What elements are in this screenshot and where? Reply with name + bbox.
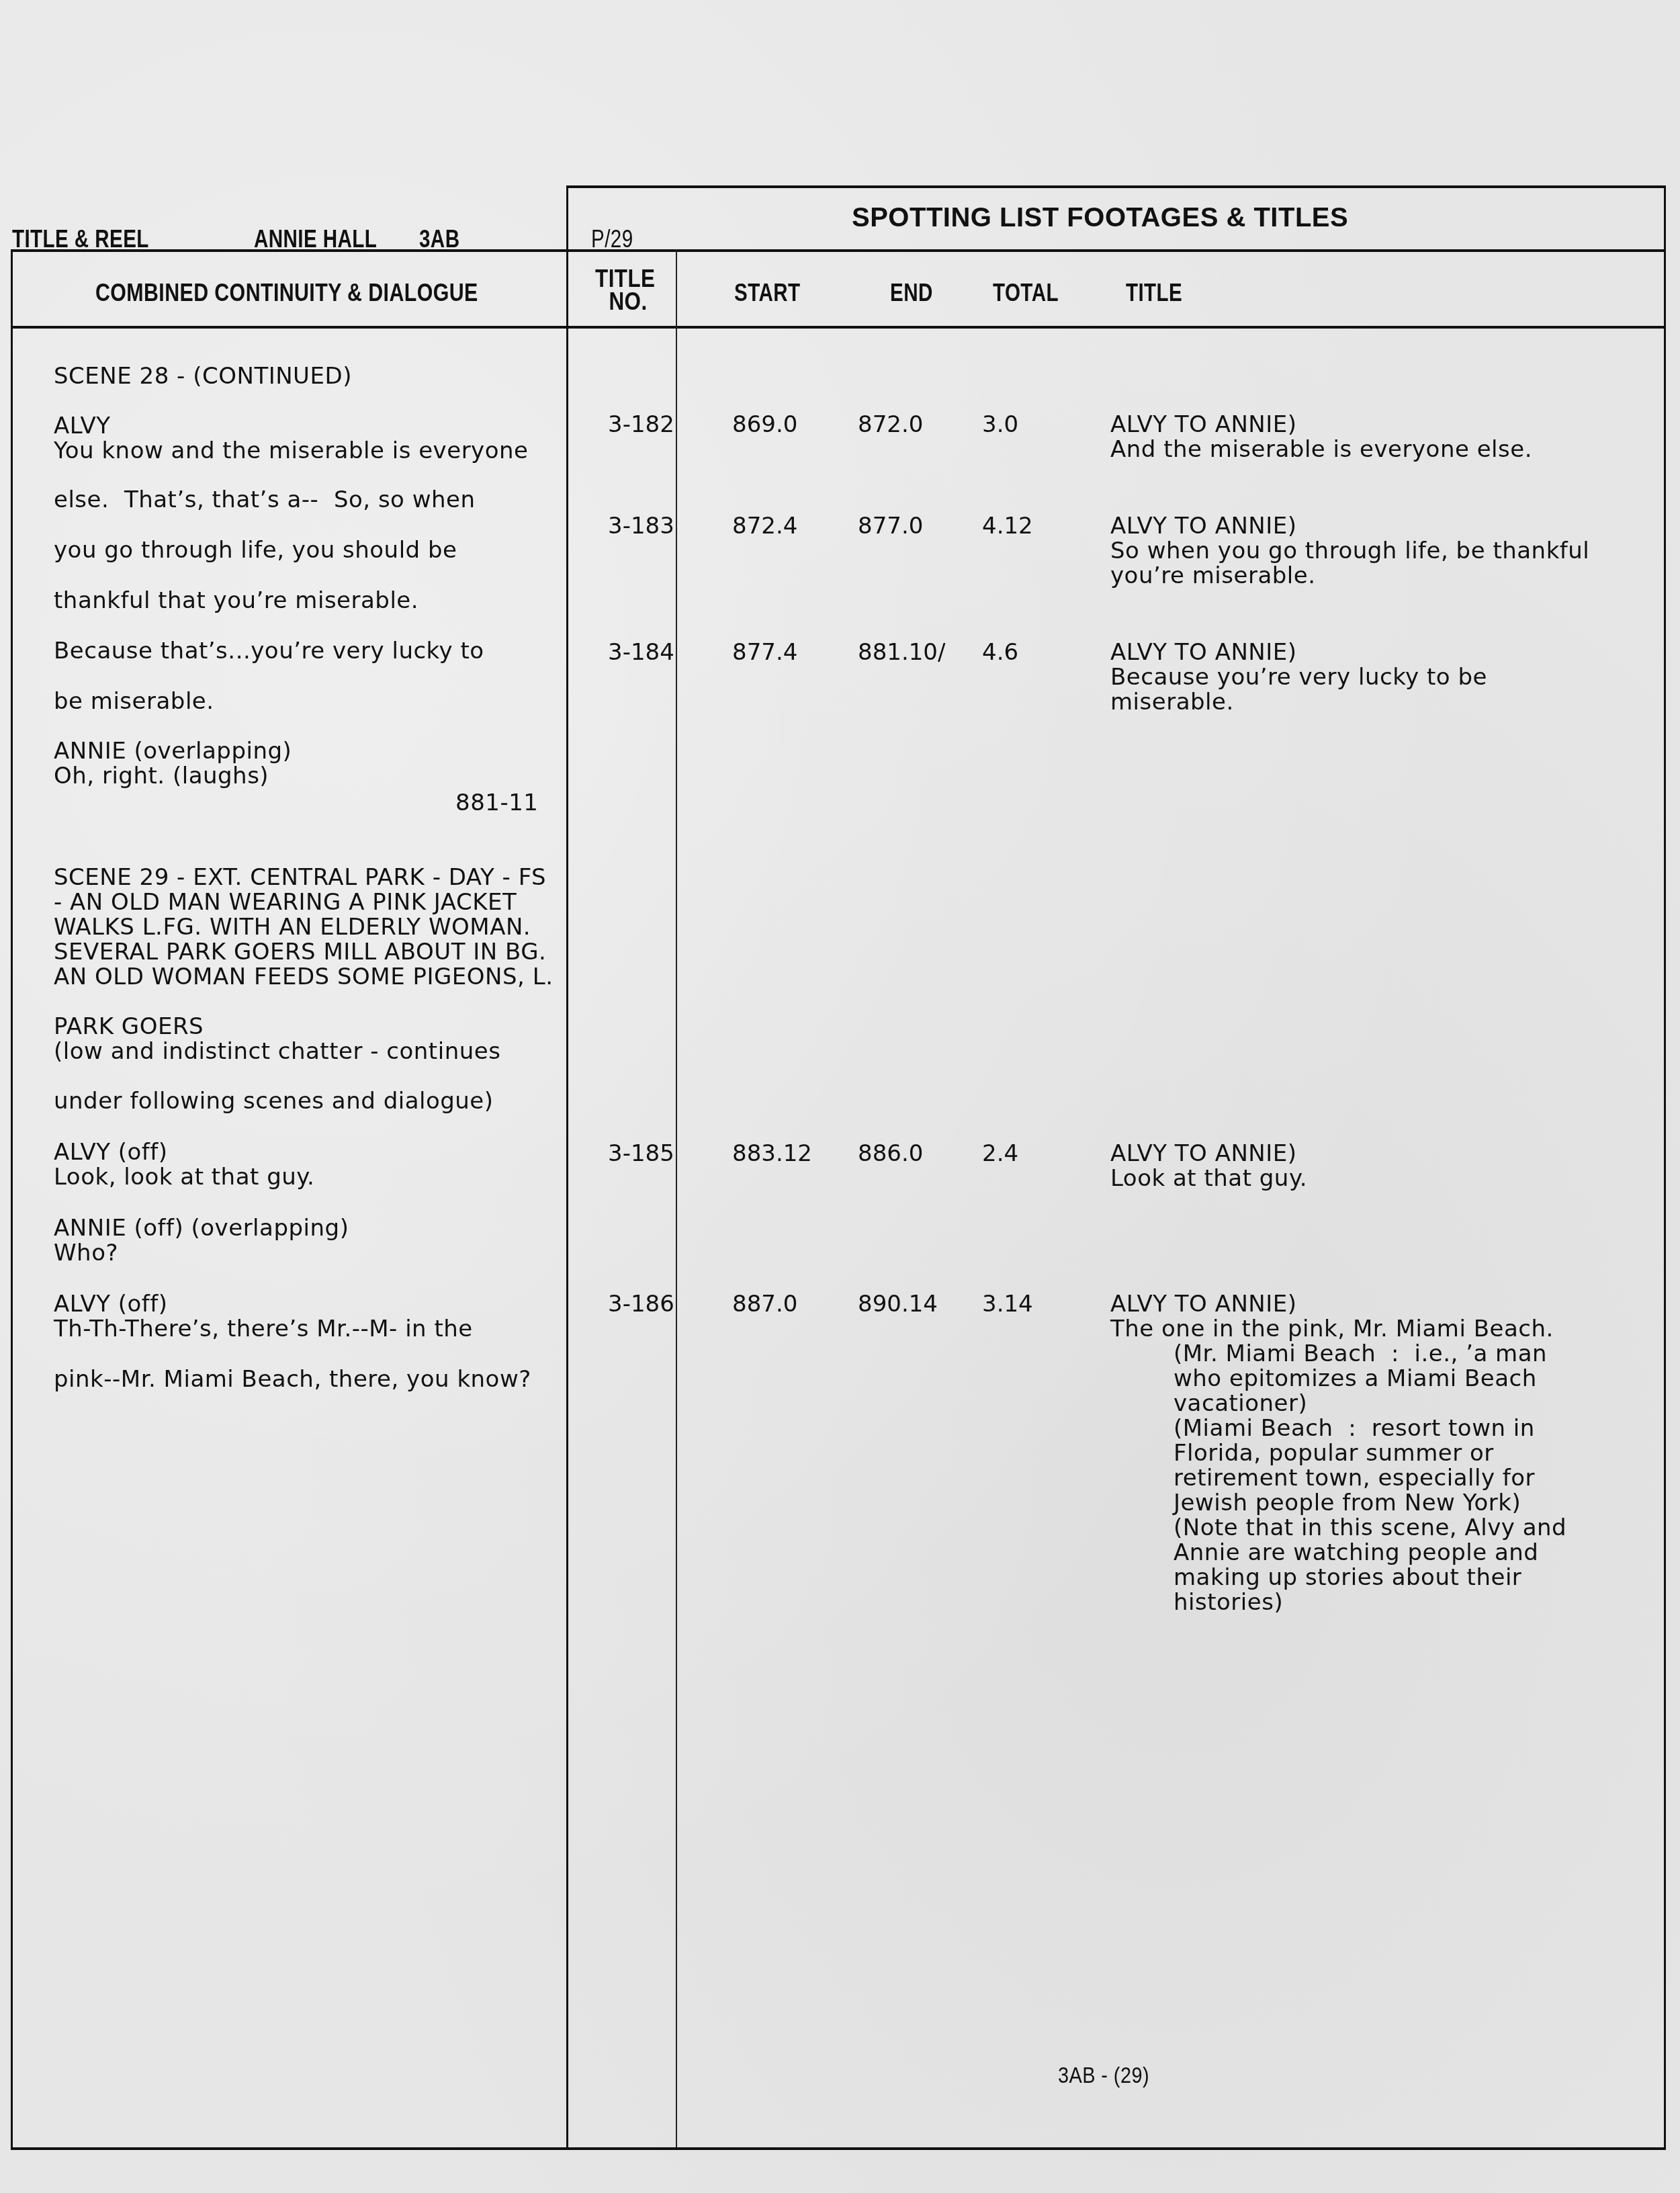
speaker-annie-off: ANNIE (off) (overlapping) (54, 1215, 349, 1242)
scene-28-heading: SCENE 28 - (CONTINUED) (54, 363, 352, 390)
title-reel-label: TITLE & REEL (12, 225, 149, 253)
right-border (1664, 185, 1666, 2150)
translator-note: histories) (1174, 1589, 1283, 1616)
subtitle-line: The one in the pink, Mr. Miami Beach. (1110, 1316, 1554, 1342)
dialogue-line: Because that’s...you’re very lucky to (54, 638, 484, 664)
subtitle-speaker: ALVY TO ANNIE) (1110, 1140, 1297, 1167)
subtitle-line: So when you go through life, be thankful (1110, 537, 1589, 564)
continuity-heading: COMBINED CONTINUITY & DIALOGUE (95, 279, 478, 307)
translator-note: (Mr. Miami Beach : i.e., ’a man (1174, 1340, 1547, 1367)
subtitle-speaker: ALVY TO ANNIE) (1110, 1291, 1297, 1318)
dialogue-line: else. That’s, that’s a-- So, so when (54, 486, 476, 513)
title-number: 3-185 (608, 1140, 674, 1167)
translator-note: Annie are watching people and (1174, 1539, 1538, 1566)
dialogue-line: Who? (54, 1240, 118, 1266)
page-code: P/29 (591, 225, 633, 253)
end-footage: 872.0 (858, 411, 923, 438)
dialogue-line: be miserable. (54, 688, 214, 715)
scene-29-line: SCENE 29 - EXT. CENTRAL PARK - DAY - FS (54, 864, 546, 891)
col-title-no-line1: TITLE (595, 267, 655, 290)
dialogue-line: You know and the miserable is everyone (54, 437, 529, 464)
dialogue-line: pink--Mr. Miami Beach, there, you know? (54, 1366, 531, 1393)
subtitle-line: you’re miserable. (1110, 562, 1316, 589)
dialogue-line: thankful that you’re miserable. (54, 587, 418, 614)
dialogue-line: under following scenes and dialogue) (54, 1088, 494, 1115)
start-footage: 872.4 (732, 513, 797, 540)
scene-29-line: - AN OLD MAN WEARING A PINK JACKET (54, 889, 517, 916)
reel-code: 3AB (419, 225, 459, 253)
title-number: 3-183 (608, 513, 674, 540)
end-footage: 881.10/ (858, 639, 945, 666)
footage-marker: 881-11 (455, 789, 538, 816)
translator-note: (Note that in this scene, Alvy and (1174, 1514, 1566, 1541)
total-footage: 3.14 (982, 1291, 1033, 1318)
title-number: 3-182 (608, 411, 674, 438)
subtitle-speaker: ALVY TO ANNIE) (1110, 639, 1297, 666)
translator-note: (Miami Beach : resort town in (1174, 1415, 1535, 1442)
speaker-alvy-off: ALVY (off) (54, 1291, 168, 1318)
col-title-no-line2: NO. (595, 290, 655, 313)
scene-29-line: WALKS L.FG. WITH AN ELDERLY WOMAN. (54, 914, 531, 941)
dialogue-line: Look, look at that guy. (54, 1164, 314, 1191)
start-footage: 887.0 (732, 1291, 797, 1318)
translator-note: who epitomizes a Miami Beach (1174, 1365, 1537, 1392)
title-number: 3-186 (608, 1291, 674, 1318)
start-footage: 877.4 (732, 639, 797, 666)
col-end: END (890, 279, 933, 307)
col-start: START (734, 279, 800, 307)
translator-note: Jewish people from New York) (1174, 1490, 1521, 1516)
translator-note: retirement town, especially for (1174, 1465, 1535, 1492)
speaker-park-goers: PARK GOERS (54, 1013, 204, 1040)
dialogue-line: (low and indistinct chatter - continues (54, 1038, 500, 1065)
end-footage: 886.0 (858, 1140, 923, 1167)
speaker-annie: ANNIE (overlapping) (54, 738, 292, 765)
top-border-right (568, 185, 1666, 188)
scene-29-line: SEVERAL PARK GOERS MILL ABOUT IN BG. (54, 939, 546, 965)
subtitle-line: And the miserable is everyone else. (1110, 436, 1532, 463)
speaker-alvy: ALVY (54, 413, 111, 439)
translator-note: making up stories about their (1174, 1564, 1521, 1591)
speaker-alvy-off: ALVY (off) (54, 1139, 168, 1166)
film-title: ANNIE HALL (254, 225, 377, 253)
dialogue-line: Th-Th-There’s, there’s Mr.--M- in the (54, 1316, 473, 1342)
total-footage: 2.4 (982, 1140, 1018, 1167)
end-footage: 877.0 (858, 513, 923, 540)
page-footer-label: 3AB - (29) (1058, 2063, 1149, 2089)
translator-note: Florida, popular summer or (1174, 1440, 1494, 1467)
start-footage: 883.12 (732, 1140, 812, 1167)
subtitle-line: Look at that guy. (1110, 1165, 1307, 1192)
bottom-border (12, 2147, 1666, 2150)
subtitle-speaker: ALVY TO ANNIE) (1110, 411, 1297, 438)
total-footage: 4.6 (982, 639, 1018, 666)
title-number: 3-184 (608, 639, 674, 666)
subtitle-speaker: ALVY TO ANNIE) (1110, 513, 1297, 540)
translator-note: vacationer) (1174, 1390, 1307, 1417)
total-footage: 3.0 (982, 411, 1018, 438)
divider-left-right (566, 185, 568, 2150)
col-total: TOTAL (993, 279, 1059, 307)
dialogue-line: Oh, right. (laughs) (54, 763, 269, 789)
title-no-divider (676, 249, 677, 2150)
subtitle-line: Because you’re very lucky to be (1110, 664, 1487, 691)
subtitle-line: miserable. (1110, 689, 1234, 716)
spotting-heading: SPOTTING LIST FOOTAGES & TITLES (852, 203, 1348, 233)
start-footage: 869.0 (732, 411, 797, 438)
col-title-no: TITLE NO. (595, 267, 655, 313)
total-footage: 4.12 (982, 513, 1033, 540)
column-header-bottom (12, 326, 1666, 329)
scene-29-line: AN OLD WOMAN FEEDS SOME PIGEONS, L. (54, 963, 553, 990)
col-title: TITLE (1126, 279, 1182, 307)
left-border (11, 249, 13, 2150)
dialogue-line: you go through life, you should be (54, 537, 457, 564)
end-footage: 890.14 (858, 1291, 938, 1318)
